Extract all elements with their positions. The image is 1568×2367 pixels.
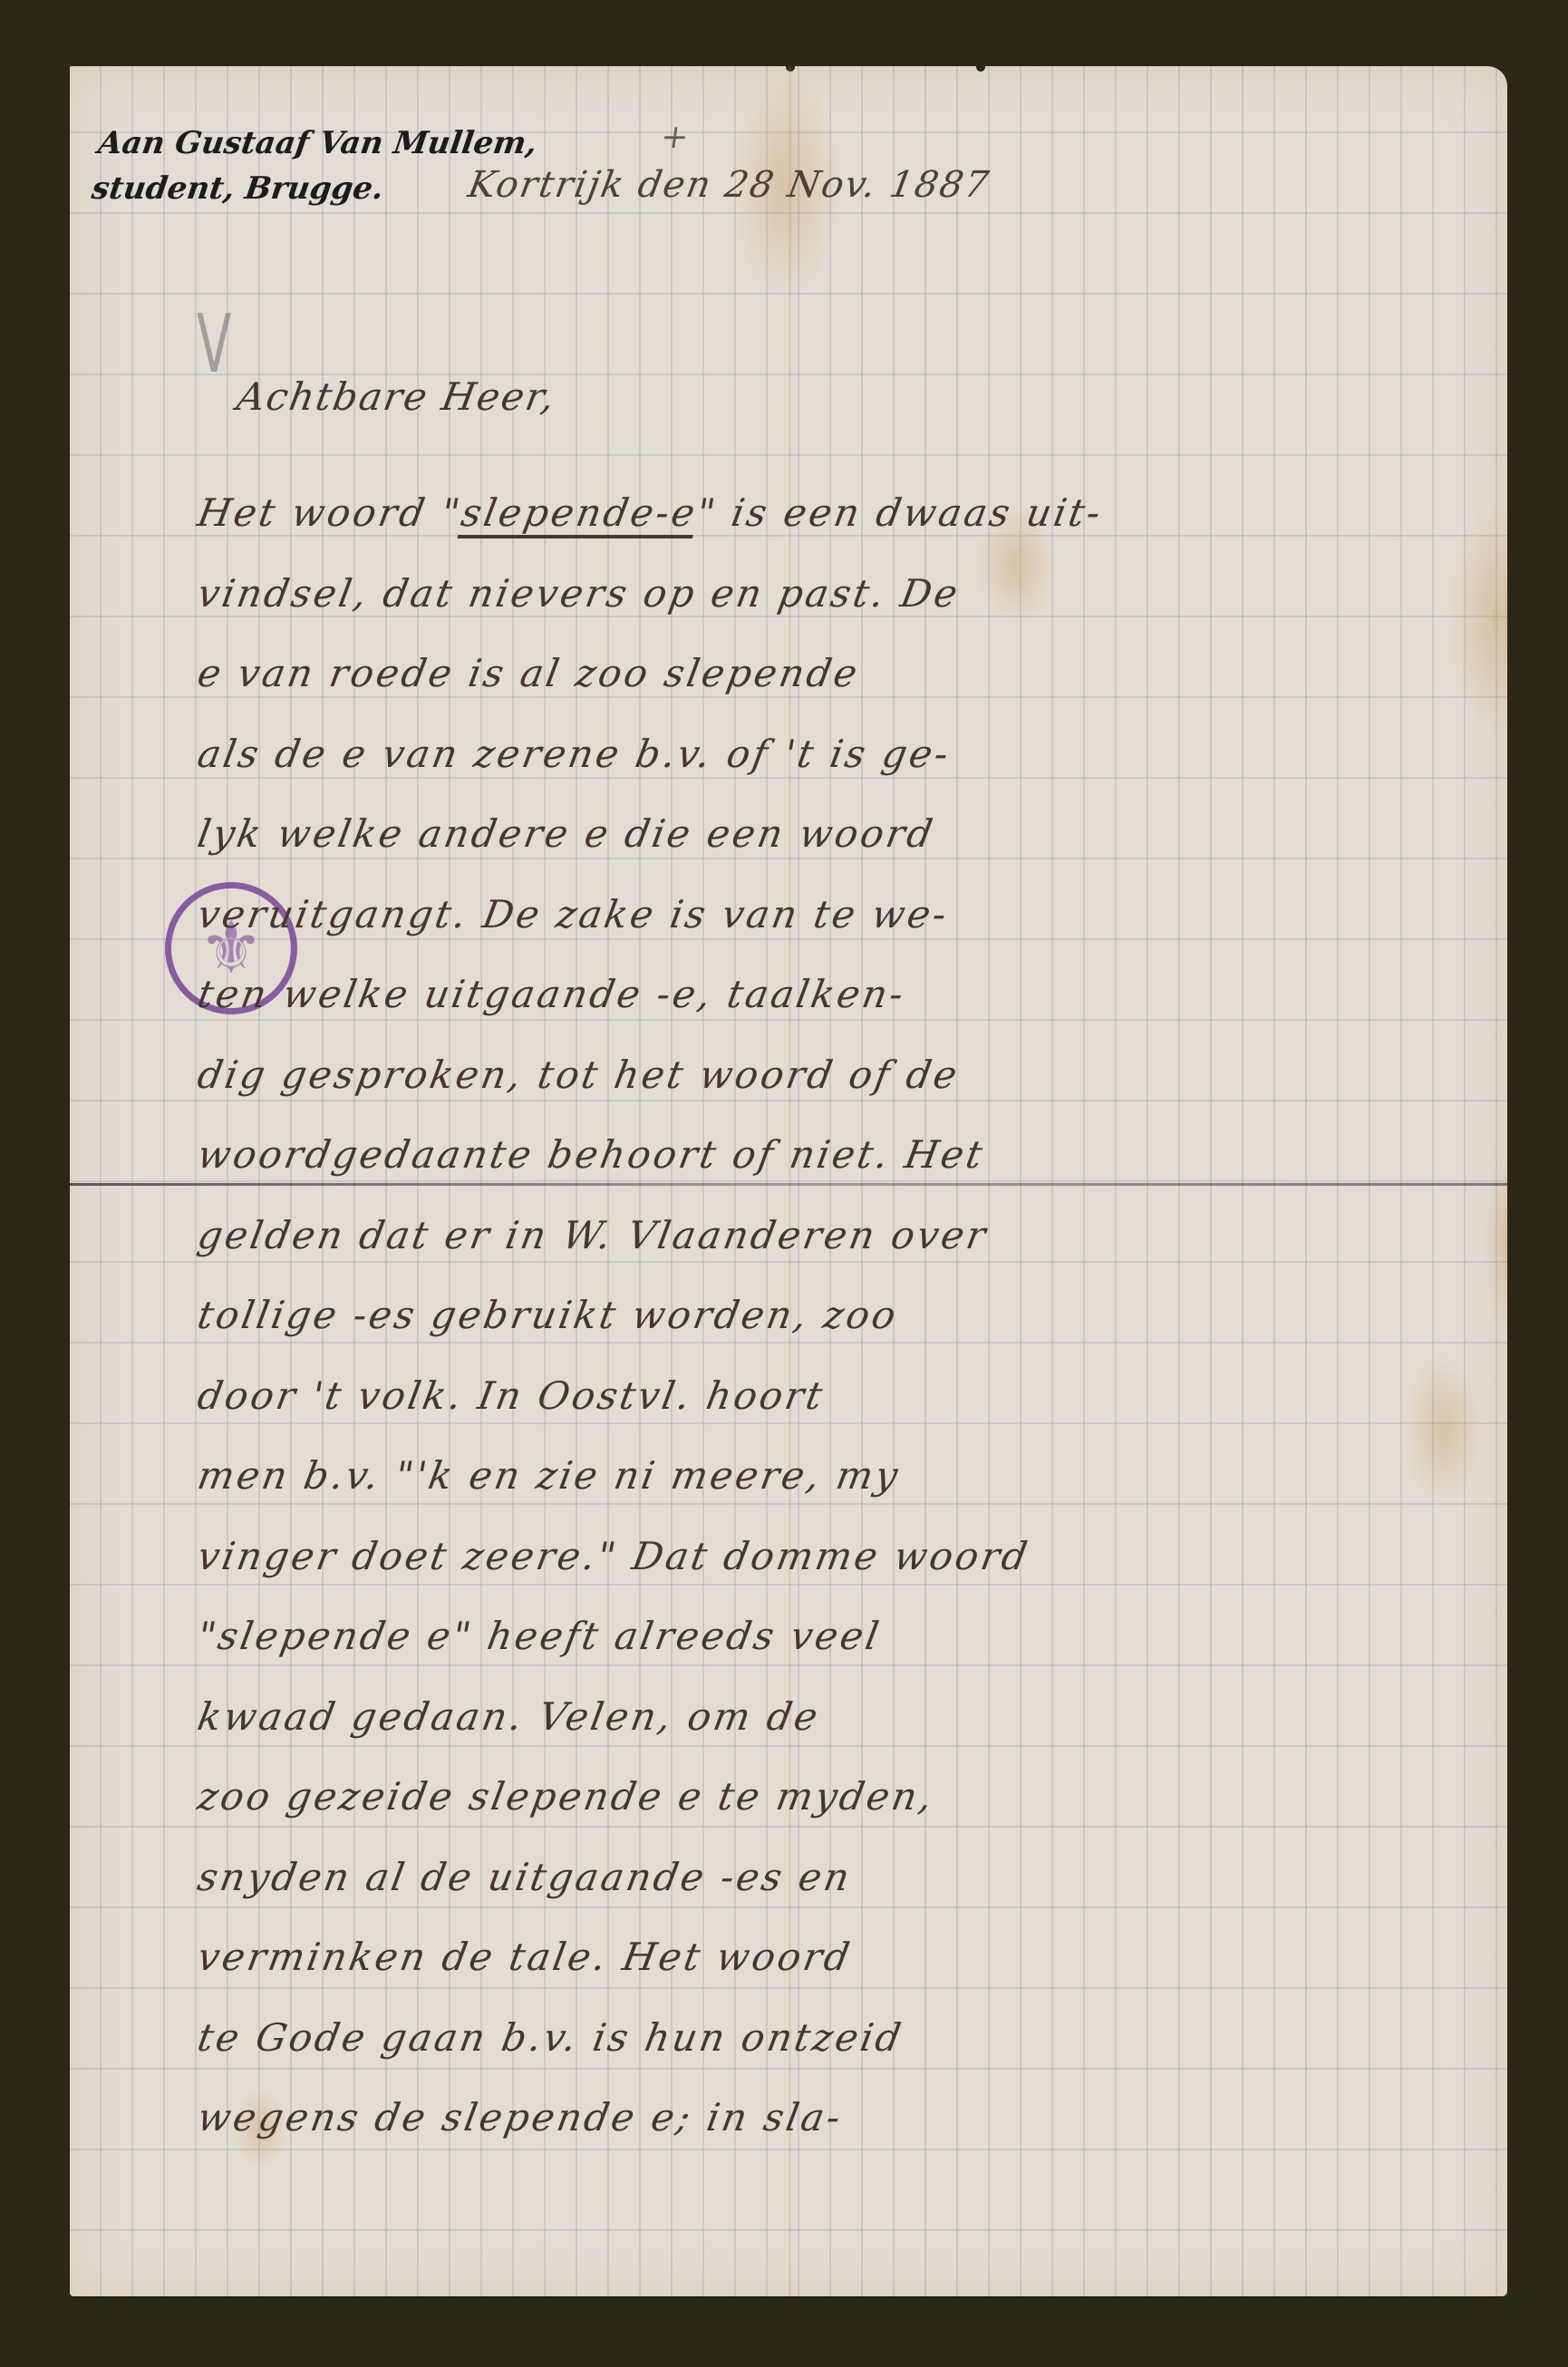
body-line: lyk welke andere e die een woord [189, 802, 1491, 883]
body-line: verminken de tale. Het woord [189, 1926, 1491, 2006]
body-line: tollige -es gebruikt worden, zoo [189, 1284, 1491, 1364]
letter-body: Het woord "slepende-e" is een dwaas uit-… [197, 481, 1484, 2167]
body-line: wegens de slepende e; in sla- [189, 2086, 1491, 2167]
body-line: gelden dat er in W. Vlaanderen over [189, 1204, 1491, 1285]
body-line: "slepende e" heeft alreeds veel [189, 1605, 1491, 1685]
body-line: kwaad gedaan. Velen, om de [189, 1685, 1491, 1766]
body-line: vindsel, dat nievers op en past. De [189, 562, 1491, 643]
body-line: ten welke uitgaande -e, taalken- [189, 963, 1491, 1043]
cross-mark: + [658, 115, 692, 160]
underlined-phrase: slepende-e [458, 490, 701, 535]
body-line: Het woord "slepende-e" is een dwaas uit- [189, 481, 1491, 562]
body-line: als de e van zerene b.v. of 't is ge- [189, 723, 1491, 803]
address-line-1: Aan Gustaaf Van Mullem, [95, 121, 540, 166]
greeting: Achtbare Heer, [234, 374, 560, 419]
paper-notch [976, 66, 985, 72]
body-line: zoo gezeide slepende e te myden, [189, 1765, 1491, 1846]
body-line: door 't volk. In Oostvl. hoort [189, 1364, 1491, 1445]
body-line: men b.v. "'k en zie ni meere, my [189, 1444, 1491, 1525]
dateline: Kortrijk den 28 Nov. 1887 [465, 164, 993, 206]
body-line: vinger doet zeere." Dat domme woord [189, 1525, 1491, 1605]
letter-paper: Aan Gustaaf Van Mullem, student, Brugge.… [70, 66, 1507, 2296]
body-line: veruitgangt. De zake is van te we- [189, 883, 1491, 964]
stain [1484, 1154, 1507, 1335]
body-line: dig gesproken, tot het woord of de [189, 1043, 1491, 1124]
body-line: woordgedaante behoort of niet. Het [189, 1123, 1491, 1204]
pencil-check-mark: V [197, 298, 231, 393]
body-line: e van roede is al zoo slepende [189, 642, 1491, 723]
body-line: te Gode gaan b.v. is hun ontzeid [189, 2006, 1491, 2087]
body-line: snyden al de uitgaande -es en [189, 1846, 1491, 1926]
